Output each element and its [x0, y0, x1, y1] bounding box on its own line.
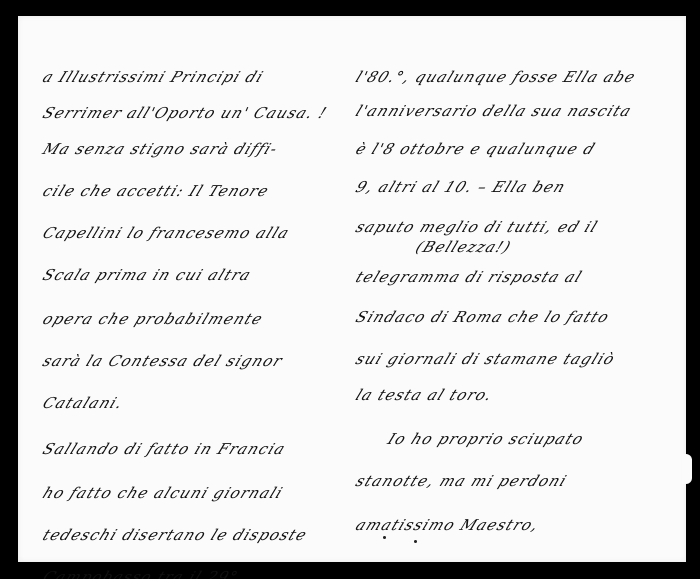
letter-line: Serrimer all'Oporto un' Causa. ! — [40, 104, 330, 122]
letter-line: Io ho proprio sciupato — [385, 430, 587, 448]
letter-line: è l'8 ottobre e qualunque d — [353, 140, 599, 158]
letter-line: l'anniversario della sua nascita — [353, 102, 635, 120]
letter-line: telegramma di risposta al — [353, 268, 585, 286]
letter-line: 9, altri al 10. – Ella ben — [353, 178, 569, 196]
letter-line: opera che probabilmente — [40, 310, 266, 328]
paper-edge-tab — [682, 454, 692, 484]
letter-line: sui giornali di stamane tagliò — [353, 350, 618, 368]
letter-line: stanotte, ma mi perdoni — [353, 472, 570, 490]
letter-line-insertion: (Bellezza!) — [413, 238, 514, 256]
letter-line: tedeschi disertano le disposte — [40, 526, 310, 544]
letter-line: cile che accetti: Il Tenore — [40, 182, 272, 200]
letter-line: Catalani. — [40, 394, 126, 412]
letter-line: a Illustrissimi Principi di — [40, 68, 267, 86]
letter-paper: a Illustrissimi Principi di Serrimer all… — [18, 16, 686, 562]
letter-line: Sindaco di Roma che lo fatto — [353, 308, 613, 326]
letter-line: Campobasso tra il 29° — [40, 568, 241, 579]
letter-line: l'80.°, qualunque fosse Ella abe — [353, 68, 639, 86]
letter-line: Sallando di fatto in Francia — [40, 440, 289, 458]
letter-line: Scala prima in cui altra — [40, 266, 254, 284]
letter-line: Capellini lo francesemo alla — [40, 224, 293, 242]
ink-dot — [414, 540, 417, 543]
ink-dot — [383, 536, 386, 539]
letter-line: amatissimo Maestro, — [353, 516, 542, 534]
letter-line: Ma senza stigno sarà diffi- — [40, 140, 281, 158]
letter-line: sarà la Contessa del signor — [40, 352, 286, 370]
letter-line: saputo meglio di tutti, ed il — [353, 218, 601, 236]
letter-line: la testa al toro. — [353, 386, 496, 404]
letter-line: ho fatto che alcuni giornali — [40, 484, 286, 502]
